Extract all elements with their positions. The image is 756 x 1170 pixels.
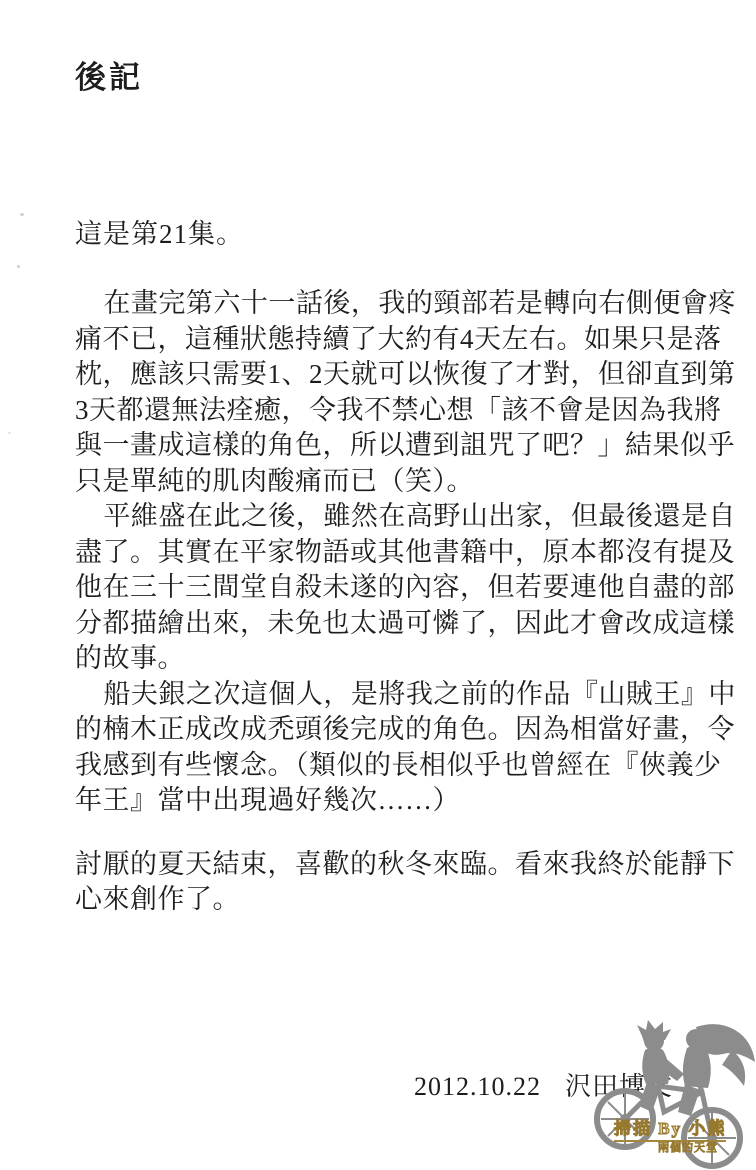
scan-speck (8, 432, 11, 434)
text-line: 只是單純的肌肉酸痛而已（笑）。 (75, 464, 705, 500)
scan-speck (20, 213, 24, 216)
page-title: 後記 (75, 52, 143, 97)
text-line: 分都描繪出來，未免也太過可憐了，因此才會改成這樣 (75, 606, 705, 642)
afterword-body: 在畫完第六十一話後，我的頸部若是轉向右側便會疼 痛不已，這種狀態持續了大約有4天… (75, 286, 705, 918)
paragraph: 討厭的夏天結束，喜歡的秋冬來臨。看來我終於能靜下 心來創作了。 (75, 847, 705, 918)
text-line: 我感到有些懷念。（類似的長相似乎也曾經在『俠義少 (75, 748, 705, 784)
text-line: 年王』當中出現過好幾次……） (75, 783, 705, 819)
text-line: 的故事。 (75, 641, 705, 677)
text-line: 在畫完第六十一話後，我的頸部若是轉向右側便會疼 (75, 286, 705, 322)
text-line: 枕，應該只需要1、2天就可以恢復了才對，但卻直到第 (75, 357, 705, 393)
text-line: 盡了。其實在平家物語或其他書籍中，原本都沒有提及 (75, 535, 705, 571)
intro-line: 這是第21集。 (75, 212, 244, 251)
scan-speck (17, 265, 20, 268)
text-line: 船夫銀之次這個人，是將我之前的作品『山賊王』中 (75, 677, 705, 713)
text-line: 心來創作了。 (75, 882, 705, 918)
signature-date: 2012.10.22 (414, 1072, 541, 1101)
paragraph: 在畫完第六十一話後，我的頸部若是轉向右側便會疼 痛不已，這種狀態持續了大約有4天… (75, 286, 705, 499)
text-line: 平維盛在此之後，雖然在高野山出家，但最後還是自 (75, 499, 705, 535)
scanlation-watermark: 掃描 By 小熊 兩個的天堂 (584, 1020, 756, 1170)
text-line: 痛不已，這種狀態持續了大約有4天左右。如果只是落 (75, 322, 705, 358)
watermark-text: 掃描 By 小熊 (614, 1114, 726, 1142)
text-line: 3天都還無法痊癒，令我不禁心想「該不會是因為我將 (75, 393, 705, 429)
text-line: 的楠木正成改成禿頭後完成的角色。因為相當好畫，令 (75, 712, 705, 748)
text-line: 討厭的夏天結束，喜歡的秋冬來臨。看來我終於能靜下 (75, 847, 705, 883)
watermark-subtext: 兩個的天堂 (658, 1139, 718, 1155)
text-line: 與一畫成這樣的角色，所以遭到詛咒了吧？」結果似乎 (75, 428, 705, 464)
paragraph: 平維盛在此之後，雖然在高野山出家，但最後還是自 盡了。其實在平家物語或其他書籍中… (75, 499, 705, 677)
text-line: 他在三十三間堂自殺未遂的內容，但若要連他自盡的部 (75, 570, 705, 606)
afterword-page: 後記 這是第21集。 在畫完第六十一話後，我的頸部若是轉向右側便會疼 痛不已，這… (0, 0, 756, 1170)
paragraph: 船夫銀之次這個人，是將我之前的作品『山賊王』中 的楠木正成改成禿頭後完成的角色。… (75, 677, 705, 819)
